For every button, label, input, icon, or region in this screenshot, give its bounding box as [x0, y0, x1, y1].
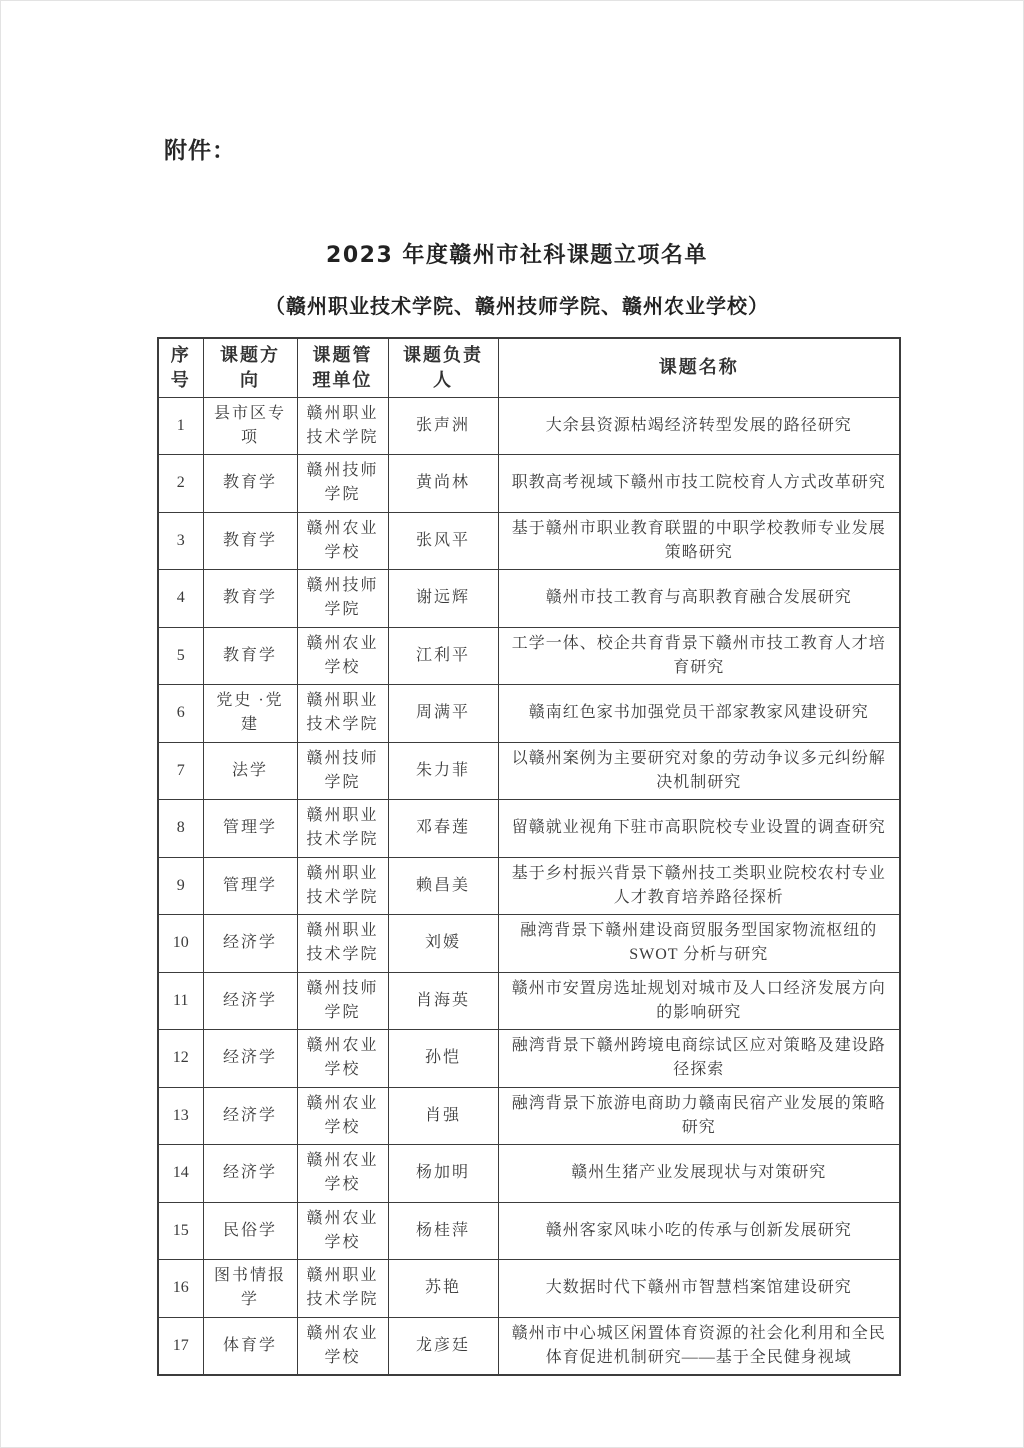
- cell-title: 赣州市安置房选址规划对城市及人口经济发展方向的影响研究: [498, 972, 900, 1030]
- cell-direction: 经济学: [203, 1030, 297, 1088]
- cell-unit: 赣州职业技术学院: [297, 800, 388, 858]
- cell-unit: 赣州职业技术学院: [297, 857, 388, 915]
- document-title: 2023 年度赣州市社科课题立项名单: [57, 238, 977, 269]
- cell-title: 以赣州案例为主要研究对象的劳动争议多元纠纷解决机制研究: [498, 742, 900, 800]
- cell-leader: 杨桂萍: [388, 1202, 498, 1260]
- cell-leader: 杨加明: [388, 1145, 498, 1203]
- cell-title: 赣州生猪产业发展现状与对策研究: [498, 1145, 900, 1203]
- cell-no: 11: [158, 972, 203, 1030]
- cell-unit: 赣州职业技术学院: [297, 915, 388, 973]
- cell-direction: 民俗学: [203, 1202, 297, 1260]
- cell-no: 17: [158, 1317, 203, 1375]
- cell-title: 留赣就业视角下驻市高职院校专业设置的调查研究: [498, 800, 900, 858]
- cell-unit: 赣州技师学院: [297, 742, 388, 800]
- table-row: 13 经济学 赣州农业学校 肖强 融湾背景下旅游电商助力赣南民宿产业发展的策略研…: [158, 1087, 900, 1145]
- table-row: 7 法学 赣州技师学院 朱力菲 以赣州案例为主要研究对象的劳动争议多元纠纷解决机…: [158, 742, 900, 800]
- cell-leader: 刘媛: [388, 915, 498, 973]
- header-direction: 课题方向: [203, 338, 297, 397]
- table-row: 8 管理学 赣州职业技术学院 邓春莲 留赣就业视角下驻市高职院校专业设置的调查研…: [158, 800, 900, 858]
- cell-title: 基于乡村振兴背景下赣州技工类职业院校农村专业人才教育培养路径探析: [498, 857, 900, 915]
- header-row: 序号 课题方向 课题管理单位 课题负责人 课题名称: [158, 338, 900, 397]
- cell-no: 7: [158, 742, 203, 800]
- cell-leader: 朱力菲: [388, 742, 498, 800]
- table-row: 6 党史 ·党建 赣州职业技术学院 周满平 赣南红色家书加强党员干部家教家风建设…: [158, 685, 900, 743]
- cell-no: 9: [158, 857, 203, 915]
- header-no: 序号: [158, 338, 203, 397]
- cell-leader: 张风平: [388, 512, 498, 570]
- cell-no: 16: [158, 1260, 203, 1318]
- cell-leader: 张声洲: [388, 397, 498, 455]
- cell-title: 融湾背景下旅游电商助力赣南民宿产业发展的策略研究: [498, 1087, 900, 1145]
- table-row: 17 体育学 赣州农业学校 龙彦廷 赣州市中心城区闲置体育资源的社会化利用和全民…: [158, 1317, 900, 1375]
- cell-direction: 体育学: [203, 1317, 297, 1375]
- project-table: 序号 课题方向 课题管理单位 课题负责人 课题名称 1 县市区专项 赣州职业技术…: [157, 337, 901, 1376]
- cell-direction: 经济学: [203, 1145, 297, 1203]
- table-row: 5 教育学 赣州农业学校 江利平 工学一体、校企共育背景下赣州市技工教育人才培育…: [158, 627, 900, 685]
- table-row: 12 经济学 赣州农业学校 孙恺 融湾背景下赣州跨境电商综试区应对策略及建设路径…: [158, 1030, 900, 1088]
- cell-title: 赣州市中心城区闲置体育资源的社会化利用和全民体育促进机制研究——基于全民健身视域: [498, 1317, 900, 1375]
- header-title: 课题名称: [498, 338, 900, 397]
- cell-unit: 赣州农业学校: [297, 1087, 388, 1145]
- cell-title: 融湾背景下赣州建设商贸服务型国家物流枢纽的SWOT 分析与研究: [498, 915, 900, 973]
- cell-title: 基于赣州市职业教育联盟的中职学校教师专业发展策略研究: [498, 512, 900, 570]
- cell-unit: 赣州职业技术学院: [297, 397, 388, 455]
- cell-no: 10: [158, 915, 203, 973]
- document-subtitle: （赣州职业技术学院、赣州技师学院、赣州农业学校）: [57, 290, 977, 319]
- cell-direction: 管理学: [203, 857, 297, 915]
- cell-no: 6: [158, 685, 203, 743]
- cell-leader: 肖海英: [388, 972, 498, 1030]
- project-table-header: 序号 课题方向 课题管理单位 课题负责人 课题名称: [158, 338, 900, 397]
- cell-no: 15: [158, 1202, 203, 1260]
- cell-no: 8: [158, 800, 203, 858]
- cell-direction: 经济学: [203, 972, 297, 1030]
- cell-unit: 赣州农业学校: [297, 1202, 388, 1260]
- cell-direction: 县市区专项: [203, 397, 297, 455]
- cell-unit: 赣州农业学校: [297, 512, 388, 570]
- cell-no: 1: [158, 397, 203, 455]
- cell-direction: 经济学: [203, 1087, 297, 1145]
- cell-unit: 赣州职业技术学院: [297, 1260, 388, 1318]
- cell-title: 职教高考视域下赣州市技工院校育人方式改革研究: [498, 455, 900, 513]
- table-row: 4 教育学 赣州技师学院 谢远辉 赣州市技工教育与高职教育融合发展研究: [158, 570, 900, 628]
- table-row: 9 管理学 赣州职业技术学院 赖昌美 基于乡村振兴背景下赣州技工类职业院校农村专…: [158, 857, 900, 915]
- cell-direction: 法学: [203, 742, 297, 800]
- cell-title: 赣南红色家书加强党员干部家教家风建设研究: [498, 685, 900, 743]
- cell-title: 大余县资源枯竭经济转型发展的路径研究: [498, 397, 900, 455]
- cell-title: 工学一体、校企共育背景下赣州市技工教育人才培育研究: [498, 627, 900, 685]
- cell-title: 融湾背景下赣州跨境电商综试区应对策略及建设路径探索: [498, 1030, 900, 1088]
- cell-unit: 赣州技师学院: [297, 455, 388, 513]
- table-row: 10 经济学 赣州职业技术学院 刘媛 融湾背景下赣州建设商贸服务型国家物流枢纽的…: [158, 915, 900, 973]
- cell-direction: 教育学: [203, 627, 297, 685]
- cell-leader: 孙恺: [388, 1030, 498, 1088]
- cell-direction: 党史 ·党建: [203, 685, 297, 743]
- document-page: 附件： 2023 年度赣州市社科课题立项名单 （赣州职业技术学院、赣州技师学院、…: [0, 0, 1024, 1448]
- cell-unit: 赣州技师学院: [297, 570, 388, 628]
- cell-leader: 谢远辉: [388, 570, 498, 628]
- cell-leader: 邓春莲: [388, 800, 498, 858]
- attachment-label: 附件：: [164, 132, 236, 165]
- cell-leader: 肖强: [388, 1087, 498, 1145]
- cell-leader: 黄尚林: [388, 455, 498, 513]
- header-unit: 课题管理单位: [297, 338, 388, 397]
- cell-no: 12: [158, 1030, 203, 1088]
- cell-unit: 赣州技师学院: [297, 972, 388, 1030]
- cell-direction: 经济学: [203, 915, 297, 973]
- table-row: 2 教育学 赣州技师学院 黄尚林 职教高考视域下赣州市技工院校育人方式改革研究: [158, 455, 900, 513]
- cell-direction: 教育学: [203, 570, 297, 628]
- table-row: 14 经济学 赣州农业学校 杨加明 赣州生猪产业发展现状与对策研究: [158, 1145, 900, 1203]
- cell-no: 4: [158, 570, 203, 628]
- cell-leader: 龙彦廷: [388, 1317, 498, 1375]
- cell-leader: 江利平: [388, 627, 498, 685]
- cell-unit: 赣州农业学校: [297, 1145, 388, 1203]
- table-row: 1 县市区专项 赣州职业技术学院 张声洲 大余县资源枯竭经济转型发展的路径研究: [158, 397, 900, 455]
- cell-leader: 赖昌美: [388, 857, 498, 915]
- cell-no: 13: [158, 1087, 203, 1145]
- cell-leader: 苏艳: [388, 1260, 498, 1318]
- cell-direction: 管理学: [203, 800, 297, 858]
- cell-no: 14: [158, 1145, 203, 1203]
- cell-no: 5: [158, 627, 203, 685]
- cell-title: 大数据时代下赣州市智慧档案馆建设研究: [498, 1260, 900, 1318]
- table-row: 3 教育学 赣州农业学校 张风平 基于赣州市职业教育联盟的中职学校教师专业发展策…: [158, 512, 900, 570]
- table-row: 15 民俗学 赣州农业学校 杨桂萍 赣州客家风味小吃的传承与创新发展研究: [158, 1202, 900, 1260]
- cell-unit: 赣州职业技术学院: [297, 685, 388, 743]
- table-row: 11 经济学 赣州技师学院 肖海英 赣州市安置房选址规划对城市及人口经济发展方向…: [158, 972, 900, 1030]
- project-table-body: 1 县市区专项 赣州职业技术学院 张声洲 大余县资源枯竭经济转型发展的路径研究 …: [158, 397, 900, 1375]
- cell-title: 赣州客家风味小吃的传承与创新发展研究: [498, 1202, 900, 1260]
- cell-no: 2: [158, 455, 203, 513]
- cell-direction: 教育学: [203, 455, 297, 513]
- table-row: 16 图书情报学 赣州职业技术学院 苏艳 大数据时代下赣州市智慧档案馆建设研究: [158, 1260, 900, 1318]
- cell-unit: 赣州农业学校: [297, 627, 388, 685]
- cell-direction: 图书情报学: [203, 1260, 297, 1318]
- cell-unit: 赣州农业学校: [297, 1317, 388, 1375]
- cell-no: 3: [158, 512, 203, 570]
- cell-leader: 周满平: [388, 685, 498, 743]
- header-leader: 课题负责人: [388, 338, 498, 397]
- cell-unit: 赣州农业学校: [297, 1030, 388, 1088]
- cell-direction: 教育学: [203, 512, 297, 570]
- cell-title: 赣州市技工教育与高职教育融合发展研究: [498, 570, 900, 628]
